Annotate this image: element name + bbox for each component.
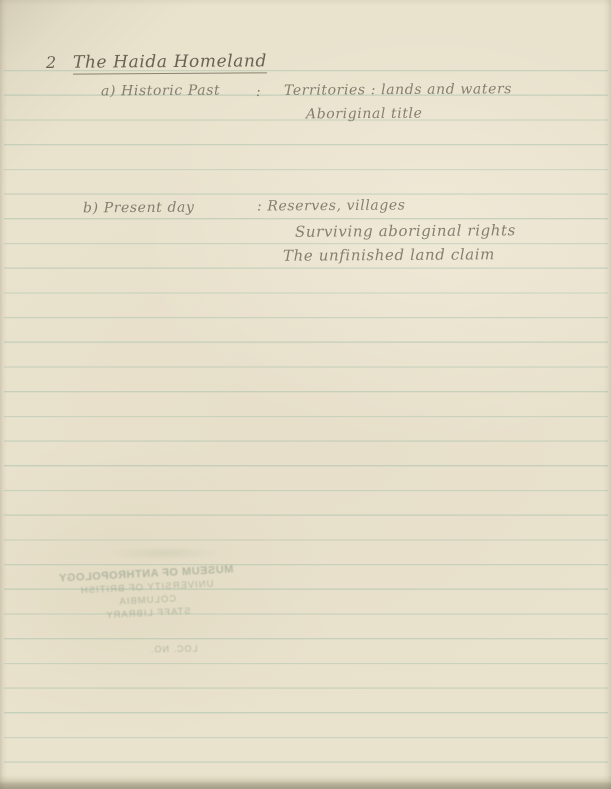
page-title: The Haida Homeland [73,51,267,74]
section-a-line-1: Territories : lands and waters [284,81,512,99]
section-b-label: b) Present day [83,200,195,217]
page-bottom-edge-shadow [0,775,611,789]
ink-transfer-smudge [90,542,240,564]
section-a-label: a) Historic Past [101,83,220,100]
stamp-loc-no-mirrored: LOC. NO. [150,644,198,655]
section-b-line-2: Surviving aboriginal rights [295,221,516,241]
page-number: 2 [46,53,57,72]
scanned-notebook-page: { "page": { "number": "2", "title": "The… [0,0,611,789]
section-b-line-3: The unfinished land claim [283,245,495,264]
library-stamp-mirrored: MUSEUM OF ANTHROPOLOGY UNIVERSITY OF BRI… [51,563,243,625]
section-a-separator: : [256,84,261,100]
section-b-line-1: : Reserves, villages [257,197,406,214]
section-a-line-2: Aboriginal title [306,106,423,123]
